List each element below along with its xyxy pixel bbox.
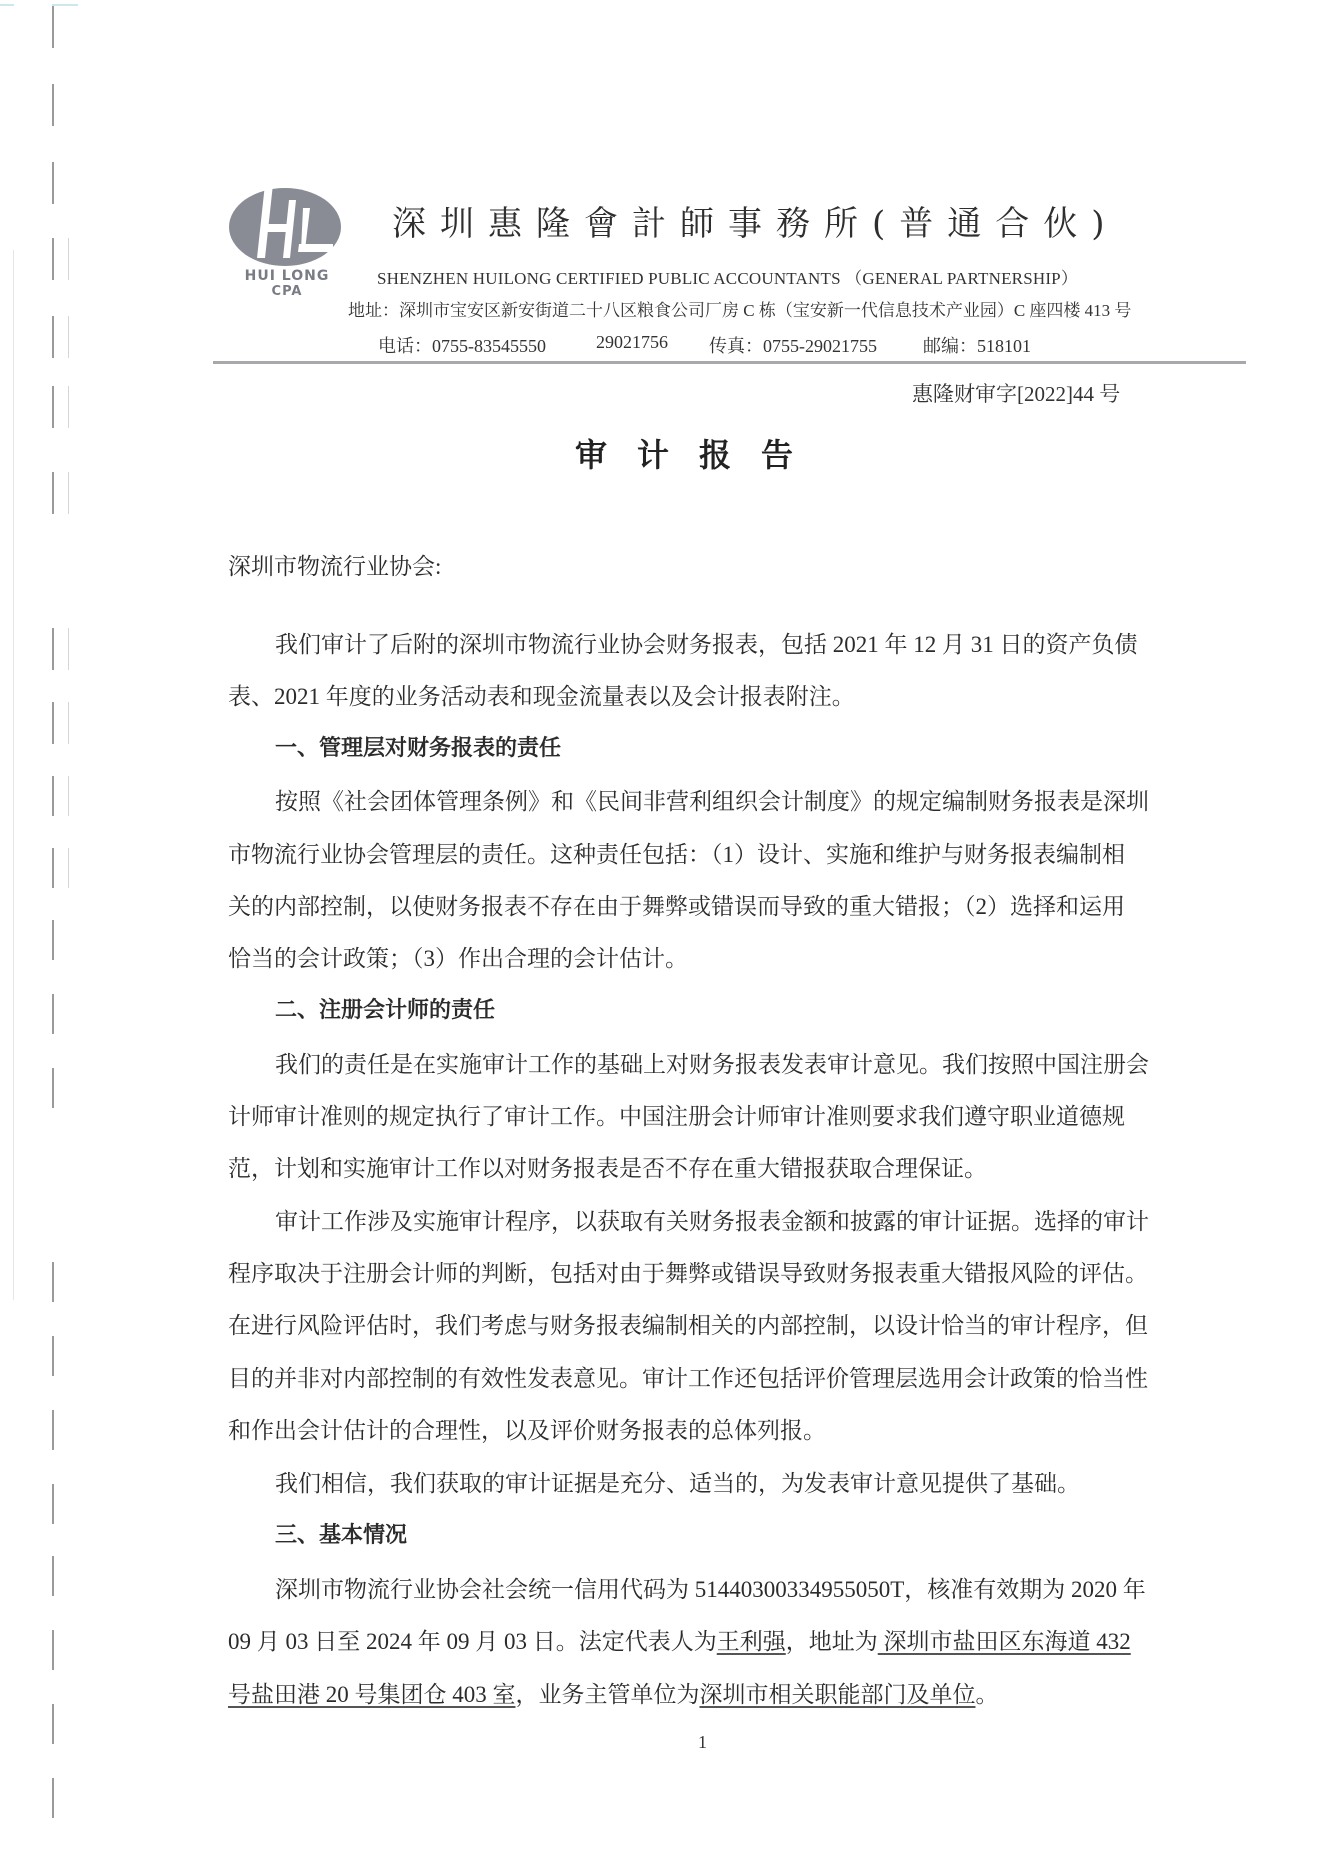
intro-line-2: 表、2021 年度的业务活动表和现金流量表以及会计报表附注。 [228, 678, 855, 711]
binding-mark [52, 1410, 54, 1450]
firm-contact-line: 电话：0755-83545550 29021756 传真：0755-290217… [378, 332, 1031, 358]
binding-mark [52, 628, 54, 670]
page-number: 1 [698, 1732, 707, 1753]
logo-text-cpa: CPA [225, 284, 349, 299]
scan-edge-mark [52, 4, 78, 6]
postcode: 邮编：518101 [923, 332, 1031, 358]
binding-mark [52, 316, 54, 358]
binding-mark [52, 1262, 54, 1302]
basic-info-line-3: 号盐田港 20 号集团仓 403 室，业务主管单位为深圳市相关职能部门及单位。 [228, 1676, 999, 1709]
fax: 传真：0755-29021755 [709, 332, 923, 358]
document-number: 惠隆财审字[2022]44 号 [912, 378, 1120, 408]
firm-logo: HUI LONG CPA [225, 180, 345, 300]
validity-text: 09 月 03 日至 2024 年 09 月 03 日。法定代表人为 [228, 1629, 717, 1654]
intro-line-1: 我们审计了后附的深圳市物流行业协会财务报表，包括 2021 年 12 月 31 … [275, 626, 1138, 659]
binding-mark [52, 6, 54, 48]
paragraph-line: 市物流行业协会管理层的责任。这种责任包括：（1）设计、实施和维护与财务报表编制相 [228, 836, 1125, 869]
paragraph-line: 程序取决于注册会计师的判断，包括对由于舞弊或错误导致财务报表重大错报风险的评估。 [228, 1255, 1148, 1288]
paragraph-line: 目的并非对内部控制的有效性发表意见。审计工作还包括评价管理层选用会计政策的恰当性 [228, 1360, 1148, 1393]
paragraph-line: 范，计划和实施审计工作以对财务报表是否不存在重大错报获取合理保证。 [228, 1150, 987, 1183]
binding-mark [52, 472, 54, 514]
paragraph-line: 关的内部控制，以使财务报表不存在由于舞弊或错误而导致的重大错报；（2）选择和运用 [228, 888, 1125, 921]
binding-mark [52, 84, 54, 126]
firm-name-chinese: 深圳惠隆會計師事務所(普通合伙) [392, 196, 1119, 245]
binding-mark [52, 162, 54, 204]
binding-mark [52, 920, 54, 960]
binding-mark [52, 386, 54, 428]
binding-mark [52, 238, 54, 280]
binding-mark [52, 1336, 54, 1376]
header-divider [213, 361, 1246, 364]
legal-representative: 王利强 [717, 1629, 786, 1654]
binding-mark [52, 994, 54, 1034]
scan-edge-mark [0, 4, 14, 6]
binding-mark [52, 1778, 54, 1818]
binding-guide-line [13, 250, 14, 1300]
section-heading-3: 三、基本情况 [275, 1518, 407, 1549]
hl-monogram-icon [243, 180, 333, 270]
binding-mark [52, 776, 54, 816]
paragraph-line: 在进行风险评估时，我们考虑与财务报表编制相关的内部控制，以设计恰当的审计程序，但 [228, 1307, 1148, 1340]
paragraph-line: 和作出会计估计的合理性，以及评价财务报表的总体列报。 [228, 1412, 826, 1445]
paragraph-line: 审计工作涉及实施审计程序，以获取有关财务报表金额和披露的审计证据。选择的审计 [275, 1203, 1149, 1236]
binding-mark [52, 1068, 54, 1108]
binding-mark [52, 1556, 54, 1596]
sentence-end: 。 [976, 1682, 999, 1707]
binding-mark [52, 1704, 54, 1744]
paragraph-line: 恰当的会计政策；（3）作出合理的会计估计。 [228, 940, 688, 973]
paragraph-line: 计师审计准则的规定执行了审计工作。中国注册会计师审计准则要求我们遵守职业道德规 [228, 1098, 1125, 1131]
section-heading-2: 二、注册会计师的责任 [275, 993, 495, 1024]
supervising-unit: 深圳市相关职能部门及单位 [700, 1682, 976, 1707]
binding-mark [52, 702, 54, 744]
paragraph-line: 我们相信，我们获取的审计证据是充分、适当的，为发表审计意见提供了基础。 [275, 1465, 1080, 1498]
phone: 电话：0755-83545550 [378, 332, 596, 358]
binding-mark [52, 848, 54, 888]
registered-address-part2: 号盐田港 20 号集团仓 403 室 [228, 1682, 516, 1707]
binding-mark [52, 1484, 54, 1524]
supervisor-label: ，业务主管单位为 [516, 1682, 700, 1707]
basic-info-line-2: 09 月 03 日至 2024 年 09 月 03 日。法定代表人为王利强，地址… [228, 1623, 1131, 1656]
address-label: ，地址为 [786, 1629, 878, 1654]
binding-mark [52, 1630, 54, 1670]
paragraph-line: 按照《社会团体管理条例》和《民间非营利组织会计制度》的规定编制财务报表是深圳 [275, 783, 1149, 816]
basic-info-line-1: 深圳市物流行业协会社会统一信用代码为 51440300334955050T，核准… [275, 1571, 1146, 1604]
document-title: 审计报告 [575, 430, 823, 476]
section-heading-1: 一、管理层对财务报表的责任 [275, 731, 561, 762]
addressee: 深圳市物流行业协会: [228, 548, 441, 581]
firm-name-english: SHENZHEN HUILONG CERTIFIED PUBLIC ACCOUN… [377, 264, 1078, 289]
firm-address: 地址：深圳市宝安区新安街道二十八区粮食公司厂房 C 栋（宝安新一代信息技术产业园… [348, 296, 1131, 321]
paragraph-line: 我们的责任是在实施审计工作的基础上对财务报表发表审计意见。我们按照中国注册会 [275, 1046, 1149, 1079]
phone-secondary: 29021756 [596, 332, 709, 358]
logo-text-huilong: HUI LONG [225, 268, 349, 284]
registered-address-part1: 深圳市盐田区东海道 432 [878, 1629, 1131, 1654]
